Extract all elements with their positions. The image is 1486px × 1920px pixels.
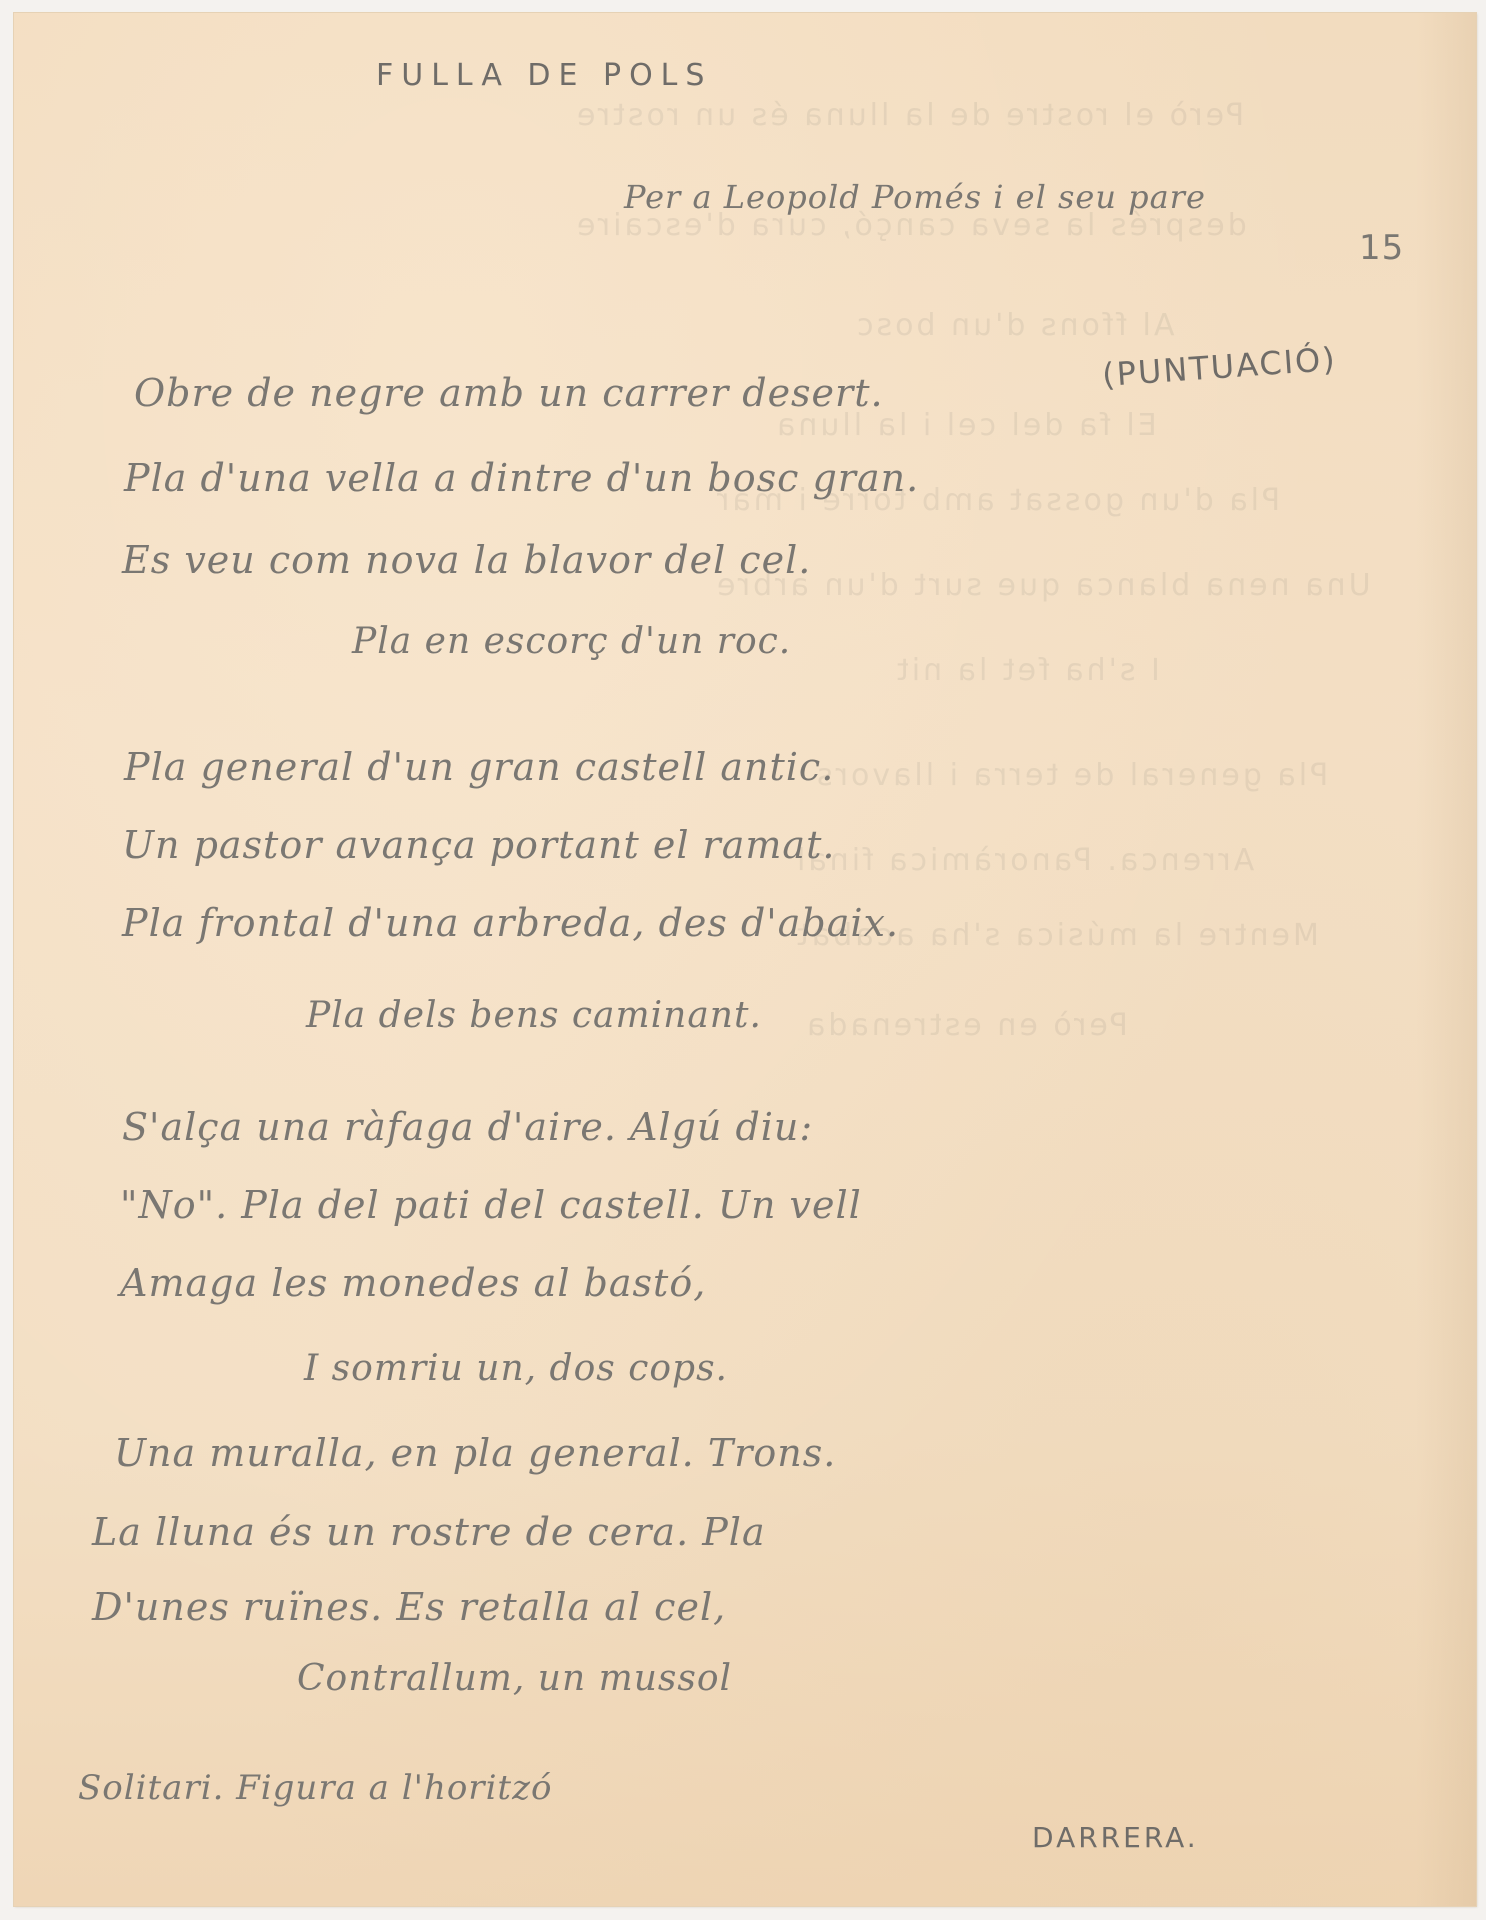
poem-indented-line: Contrallum, un mussol [297, 1658, 732, 1699]
poem-line: D'unes ruïnes. Es retalla al cel, [92, 1585, 726, 1629]
poem-indented-line: Pla dels bens caminant. [306, 995, 762, 1036]
bleed-through-line: Una nena blanca que surt d'un arbre [714, 568, 1371, 603]
page-title: FULLA DE POLS [376, 58, 712, 93]
poem-line: "No". Pla del pati del castell. Un vell [120, 1183, 862, 1227]
poem-indented-line: I somriu un, dos cops. [304, 1348, 728, 1389]
poem-line: Es veu com nova la blavor del cel. [122, 538, 811, 582]
poem-line: Pla d'una vella a dintre d'un bosc gran. [124, 456, 919, 500]
margin-note: (PUNTUACIÓ) [1101, 340, 1338, 394]
poem-line: Pla general d'un gran castell antic. [124, 745, 834, 789]
poem-line: Obre de negre amb un carrer desert. [134, 371, 884, 415]
manuscript-page: Però el rostre de la lluna és un rostre … [14, 13, 1476, 1906]
scanned-manuscript: Però el rostre de la lluna és un rostre … [0, 0, 1486, 1920]
bleed-through-line: Al ffons d'un bosc [854, 308, 1174, 343]
poem-line: Un pastor avança portant el ramat. [122, 823, 835, 867]
poem-line: Solitari. Figura a l'horitzó [78, 1768, 552, 1808]
poem-line: Amaga les monedes al bastó, [120, 1261, 706, 1305]
poem-line: Pla frontal d'una arbreda, des d'abaix. [122, 901, 899, 945]
bleed-through-line: Però en estrenada [804, 1008, 1128, 1043]
bleed-through-line: I s'ha fet la nit [894, 653, 1160, 688]
signature: DARRERA. [1032, 1821, 1199, 1854]
bleed-through-line: Pla general de terra i llavors [814, 758, 1328, 793]
poem-indented-line: Pla en escorç d'un roc. [352, 621, 791, 662]
poem-line: La lluna és un rostre de cera. Pla [92, 1510, 766, 1554]
poem-line: Una muralla, en pla general. Trons. [114, 1431, 836, 1475]
dedication: Per a Leopold Pomés i el seu pare [624, 178, 1206, 216]
bleed-through-line: Arrenca. Panoràmica final [794, 843, 1254, 878]
poem-line: S'alça una ràfaga d'aire. Algú diu: [122, 1105, 813, 1149]
page-number: 15 [1359, 228, 1404, 268]
bleed-through-line: Però el rostre de la lluna és un rostre [574, 98, 1244, 133]
